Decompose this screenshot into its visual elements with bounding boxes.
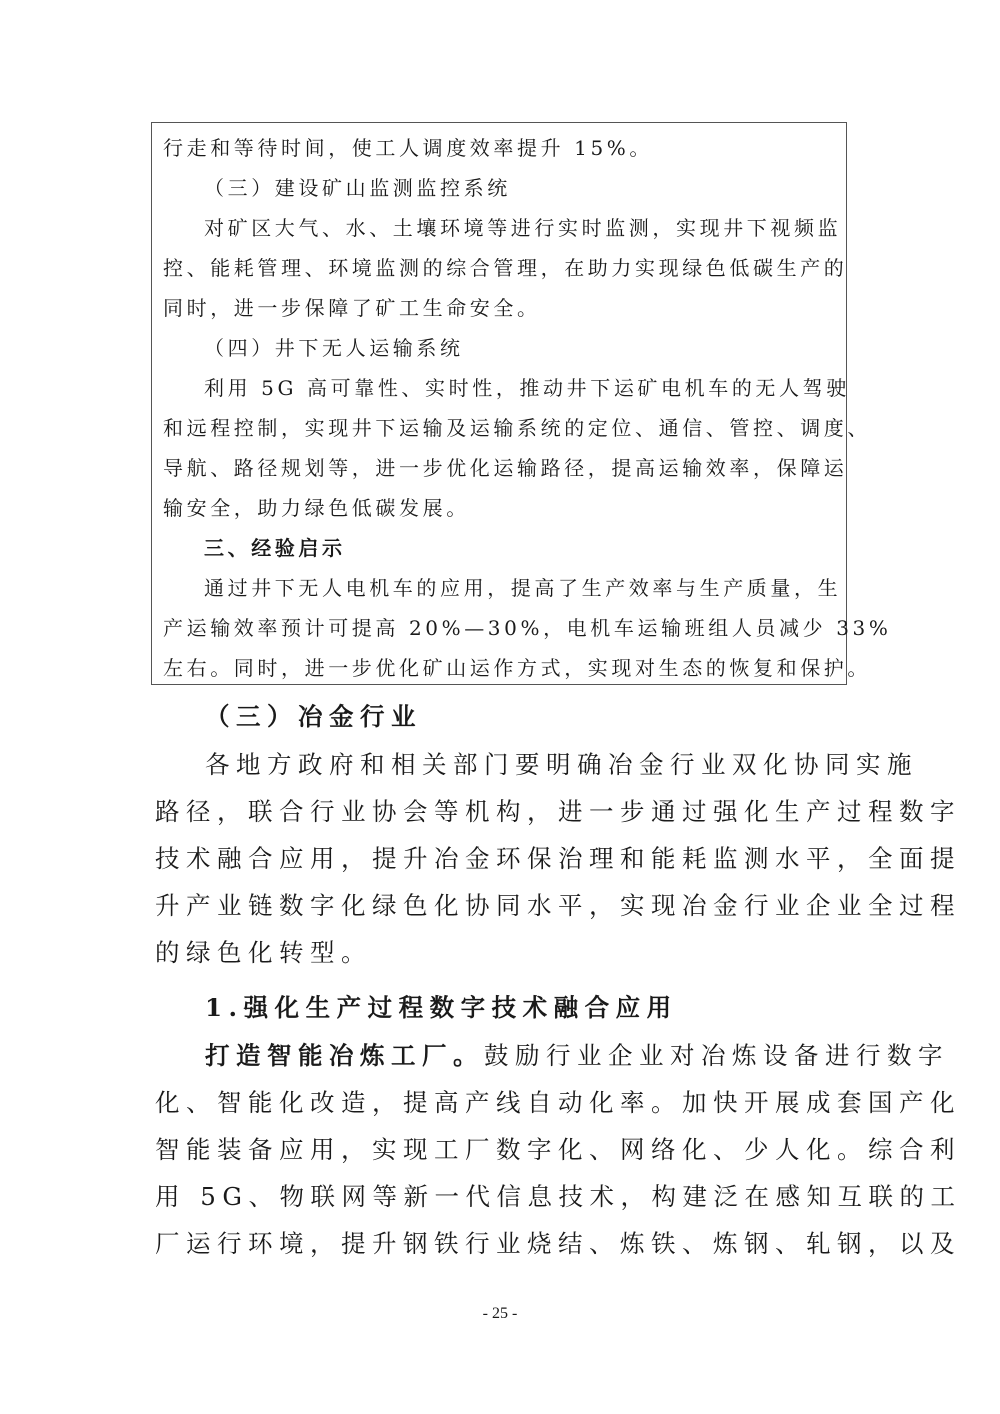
box-line: 左右。同时，进一步优化矿山运作方式，实现对生态的恢复和保护。	[163, 655, 871, 681]
box-line: 和远程控制，实现井下运输及运输系统的定位、通信、管控、调度、	[163, 415, 871, 441]
subheading: 1.强化生产过程数字技术融合应用	[205, 993, 678, 1023]
box-line: 通过井下无人电机车的应用，提高了生产效率与生产质量，生	[204, 575, 841, 601]
paragraph-line: 各地方政府和相关部门要明确冶金行业双化协同实施	[205, 750, 918, 780]
box-line: 同时，进一步保障了矿工生命安全。	[163, 295, 541, 321]
paragraph-line: 用 5G、物联网等新一代信息技术，构建泛在感知互联的工	[155, 1182, 961, 1212]
box-line: 控、能耗管理、环境监测的综合管理，在助力实现绿色低碳生产的	[163, 255, 847, 281]
paragraph-line: 化、智能化改造，提高产线自动化率。加快开展成套国产化	[155, 1088, 961, 1118]
box-section-heading: 三、经验启示	[204, 535, 346, 561]
box-line: 导航、路径规划等，进一步优化运输路径，提高运输效率，保障运	[163, 455, 847, 481]
box-line: 行走和等待时间，使工人调度效率提升 15%。	[163, 135, 653, 161]
box-line: 输安全，助力绿色低碳发展。	[163, 495, 470, 521]
paragraph-line: 技术融合应用，提升冶金环保治理和能耗监测水平，全面提	[155, 844, 961, 874]
paragraph-line: 打造智能冶炼工厂。鼓励行业企业对冶炼设备进行数字	[205, 1041, 949, 1071]
section-heading: （三）冶金行业	[205, 702, 422, 732]
lead-phrase: 打造智能冶炼工厂。	[205, 1041, 484, 1070]
box-line: 对矿区大气、水、土壤环境等进行实时监测，实现井下视频监	[204, 215, 841, 241]
paragraph-line: 的绿色化转型。	[155, 938, 372, 968]
paragraph-line: 智能装备应用，实现工厂数字化、网络化、少人化。综合利	[155, 1135, 961, 1165]
paragraph-line: 厂运行环境，提升钢铁行业烧结、炼铁、炼钢、轧钢，以及	[155, 1229, 961, 1259]
page-number: - 25 -	[0, 1305, 1000, 1323]
paragraph-text: 鼓励行业企业对冶炼设备进行数字	[484, 1041, 949, 1070]
paragraph-line: 路径，联合行业协会等机构，进一步通过强化生产过程数字	[155, 797, 961, 827]
paragraph-line: 升产业链数字化绿色化协同水平，实现冶金行业企业全过程	[155, 891, 961, 921]
box-subheading: （四）井下无人运输系统	[204, 335, 464, 361]
box-line: 利用 5G 高可靠性、实时性，推动井下运矿电机车的无人驾驶	[204, 375, 850, 401]
box-line: 产运输效率预计可提高 20%—30%，电机车运输班组人员减少 33%	[163, 615, 891, 641]
box-subheading: （三）建设矿山监测监控系统	[204, 175, 511, 201]
